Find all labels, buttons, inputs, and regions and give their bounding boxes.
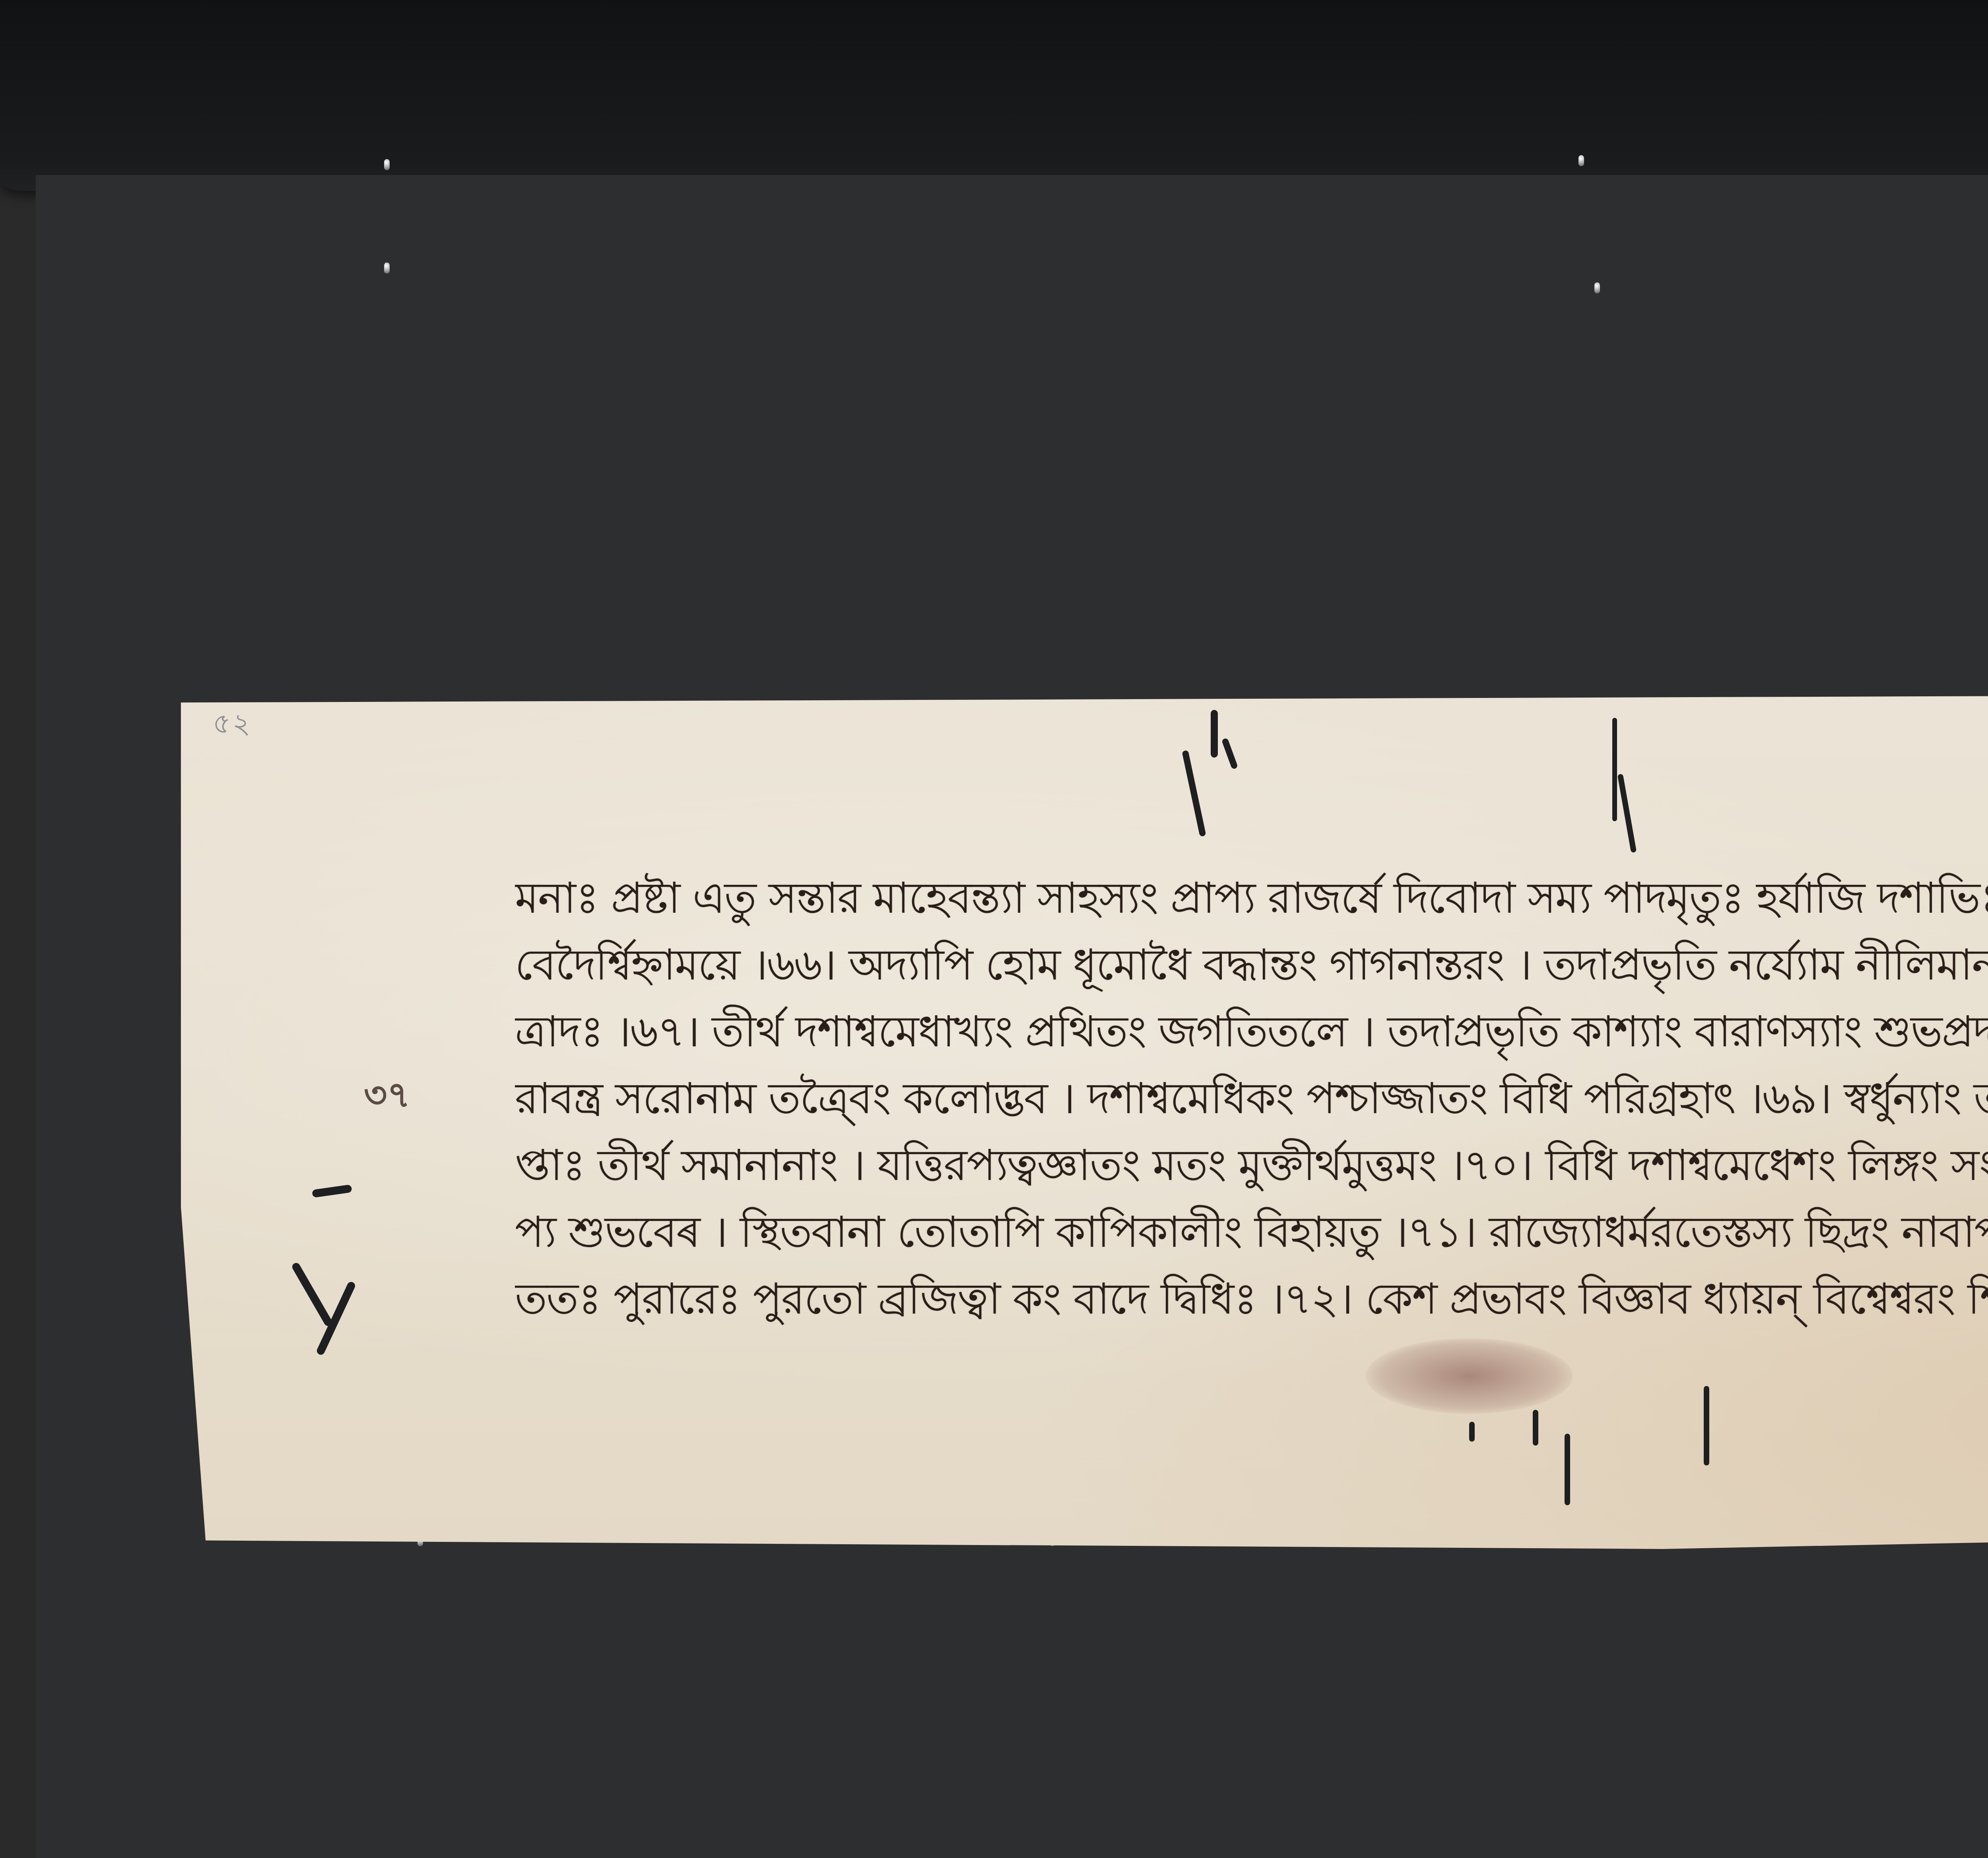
insect-hole <box>1612 718 1617 821</box>
mounting-board-top-flap <box>0 0 1988 191</box>
manuscript-folio: ৫২ দশেন্দ ৩৭ মনাঃ প্রষ্টা এতু সন্তার মাহ… <box>181 694 1988 1549</box>
text-line: ততঃ পুরারেঃ পুরতো ব্রজিত্বা কং বাদে দ্বি… <box>515 1266 1988 1333</box>
insect-hole <box>312 1184 352 1198</box>
text-line: বেদৈৰ্শ্বিহ্নাময়ে ।৬৬। অদ্যাপি হোম ধূমো… <box>515 932 1988 999</box>
insect-hole <box>1704 1386 1709 1465</box>
pin <box>1578 155 1584 166</box>
pin <box>384 262 390 274</box>
insect-hole <box>1469 1422 1475 1442</box>
pin <box>1594 282 1600 293</box>
text-line: প্য শুভবেৰ । স্থিতবানা তোতাপি কাপিকালীং … <box>515 1199 1988 1266</box>
insect-hole <box>1221 738 1238 770</box>
text-line: রাবন্ত্র সরোনাম তত্রৈ্বং কলোদ্ভব । দশাশ্… <box>515 1065 1988 1132</box>
insect-hole <box>1533 1410 1538 1446</box>
pin <box>384 159 390 170</box>
text-line: মনাঃ প্রষ্টা এতু সন্তার মাহেবন্ত্যা সাহস… <box>515 865 1988 932</box>
margin-verse-number: ৩৭ <box>364 1068 410 1127</box>
pencil-folio-number: ৫২ <box>213 702 252 748</box>
insect-hole <box>1182 750 1206 837</box>
insect-hole <box>1211 710 1218 758</box>
manuscript-text: মনাঃ প্রষ্টা এতু সন্তার মাহেবন্ত্যা সাহস… <box>515 865 1988 1333</box>
insect-hole <box>1565 1434 1570 1505</box>
text-line: ত্ৰাদঃ ।৬৭। তীর্থ দশাশ্বমেধাখ্যং প্রথিতং… <box>515 999 1988 1065</box>
insect-hole <box>1617 774 1637 853</box>
insect-hole <box>291 1261 333 1327</box>
text-line: প্তাঃ তীর্থ সমানানাং । যত্তিরপ্যত্বজ্ঞাত… <box>515 1132 1988 1199</box>
ink-stain <box>1366 1338 1573 1414</box>
